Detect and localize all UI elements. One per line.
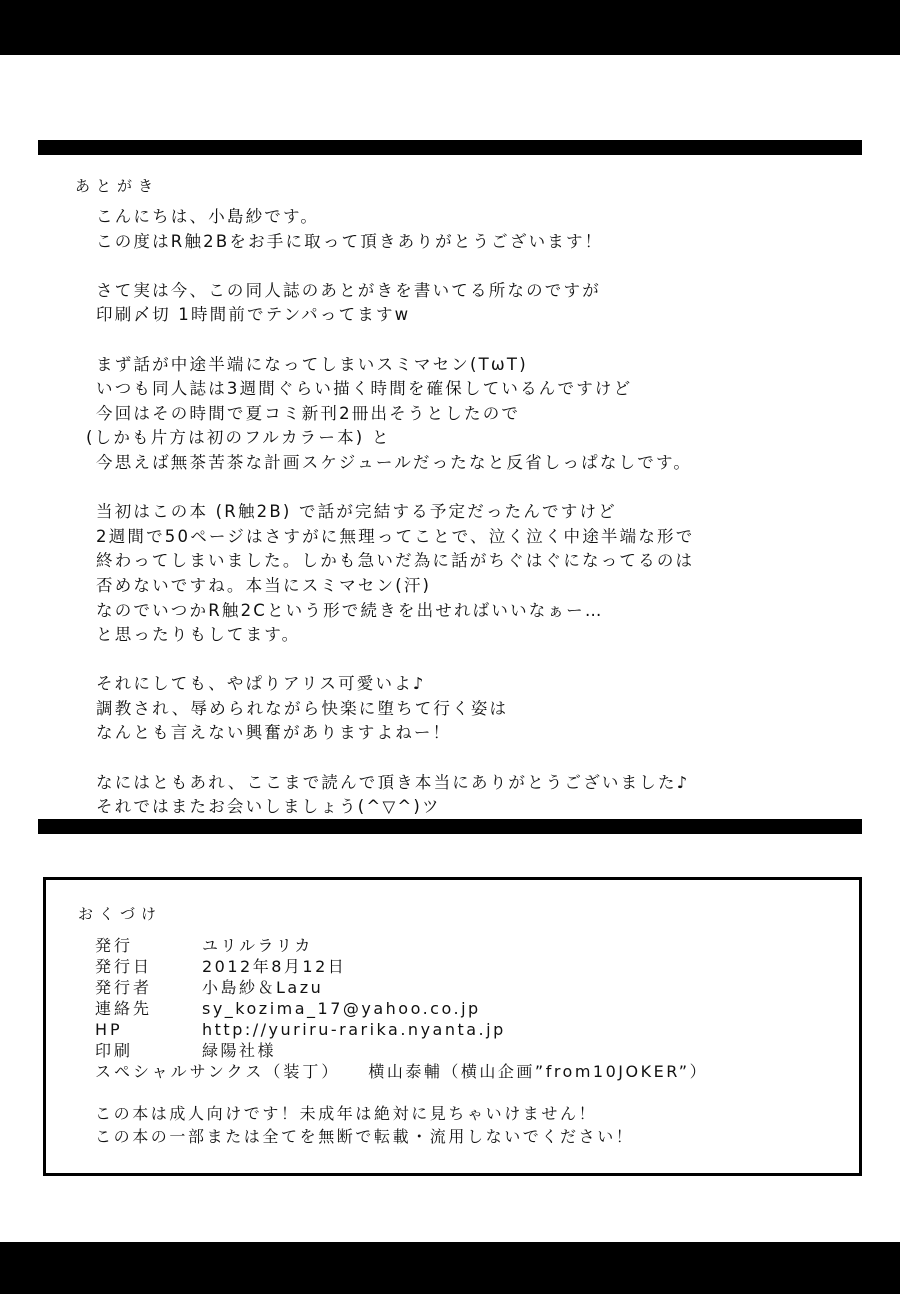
colophon-row-issuer: 発行者 小島紗＆Lazu <box>95 977 708 998</box>
afterword-heading: あとがき <box>75 177 159 195</box>
afterword-line: (しかも片方は初のフルカラー本) と <box>86 426 856 451</box>
afterword-line: なんとも言えない興奮がありますよねー！ <box>96 721 856 746</box>
afterword-line: いつも同人誌は3週間ぐらい描く時間を確保しているんですけど <box>96 377 856 402</box>
afterword-line: 否めないですね。本当にスミマセン(汗) <box>96 574 856 599</box>
row-label: スペシャルサンクス（装丁） <box>95 1061 340 1082</box>
row-value: 2012年8月12日 <box>202 956 346 977</box>
afterword-line: それにしても、やぱりアリス可愛いよ♪ <box>96 672 856 697</box>
paragraph-gap <box>96 476 856 501</box>
bottom-black-band <box>0 1242 900 1294</box>
section-divider-bottom <box>38 819 862 834</box>
row-label: 発行 <box>95 935 202 956</box>
afterword-line: 今回はその時間で夏コミ新刊2冊出そうとしたので <box>96 402 856 427</box>
afterword-body: こんにちは、小島紗です。 この度はR触2Bをお手に取って頂きありがとうございます… <box>96 205 856 820</box>
afterword-line: さて実は今、この同人誌のあとがきを書いてる所なのですが <box>96 279 856 304</box>
afterword-line: 調教され、辱められながら快楽に堕ちて行く姿は <box>96 697 856 722</box>
colophon-row-date: 発行日 2012年8月12日 <box>95 956 708 977</box>
colophon-table: 発行 ユリルラリカ 発行日 2012年8月12日 発行者 小島紗＆Lazu 連絡… <box>95 935 708 1082</box>
paragraph-gap <box>96 746 856 771</box>
colophon-notices: この本は成人向けです！未成年は絶対に見ちゃいけません！ この本の一部または全てを… <box>95 1102 634 1148</box>
afterword-line: まず話が中途半端になってしまいスミマセン(TωT) <box>96 353 856 378</box>
afterword-line: それではまたお会いしましょう(^▽^)ツ <box>96 795 856 820</box>
row-label: HP <box>95 1019 202 1040</box>
paragraph-gap <box>96 328 856 353</box>
row-label: 印刷 <box>95 1040 202 1061</box>
afterword-line: 今思えば無茶苦茶な計画スケジュールだったなと反省しっぱなしです。 <box>96 451 856 476</box>
afterword-line: 当初はこの本 (R触2B) で話が完結する予定だったんですけど <box>96 500 856 525</box>
copyright-notice: この本の一部または全てを無断で転載・流用しないでください！ <box>95 1125 634 1148</box>
section-divider-top <box>38 140 862 155</box>
homepage-url[interactable]: http://yuriru-rarika.nyanta.jp <box>202 1019 506 1040</box>
afterword-line: なのでいつかR触2Cという形で続きを出せればいいなぁー… <box>96 599 856 624</box>
paragraph-gap <box>96 254 856 279</box>
afterword-line: 2週間で50ページはさすがに無理ってことで、泣く泣く中途半端な形で <box>96 525 856 550</box>
afterword-line: 終わってしまいました。しかも急いだ為に話がちぐはぐになってるのは <box>96 549 856 574</box>
afterword-line: 印刷〆切 1時間前でテンパってますw <box>96 303 856 328</box>
contact-email[interactable]: sy_kozima_17@yahoo.co.jp <box>202 998 481 1019</box>
colophon-box: おくづけ 発行 ユリルラリカ 発行日 2012年8月12日 発行者 小島紗＆La… <box>43 877 862 1176</box>
afterword-line: こんにちは、小島紗です。 <box>96 205 856 230</box>
colophon-heading: おくづけ <box>78 905 162 923</box>
row-value: 横山泰輔（横山企画”from10JOKER”） <box>368 1061 708 1082</box>
paragraph-gap <box>96 648 856 673</box>
colophon-row-printer: 印刷 緑陽社様 <box>95 1040 708 1061</box>
row-label: 発行日 <box>95 956 202 977</box>
row-label: 発行者 <box>95 977 202 998</box>
afterword-line: なにはともあれ、ここまで読んで頂き本当にありがとうございました♪ <box>96 771 856 796</box>
top-black-band <box>0 0 900 55</box>
row-value: ユリルラリカ <box>202 935 313 956</box>
row-label: 連絡先 <box>95 998 202 1019</box>
row-value: 小島紗＆Lazu <box>202 977 323 998</box>
colophon-row-contact: 連絡先 sy_kozima_17@yahoo.co.jp <box>95 998 708 1019</box>
colophon-row-homepage: HP http://yuriru-rarika.nyanta.jp <box>95 1019 708 1040</box>
row-value: 緑陽社様 <box>202 1040 276 1061</box>
colophon-row-special-thanks: スペシャルサンクス（装丁） 横山泰輔（横山企画”from10JOKER”） <box>95 1061 708 1082</box>
colophon-row-publisher: 発行 ユリルラリカ <box>95 935 708 956</box>
adult-content-notice: この本は成人向けです！未成年は絶対に見ちゃいけません！ <box>95 1102 634 1125</box>
afterword-line: この度はR触2Bをお手に取って頂きありがとうございます！ <box>96 230 856 255</box>
afterword-line: と思ったりもしてます。 <box>96 623 856 648</box>
